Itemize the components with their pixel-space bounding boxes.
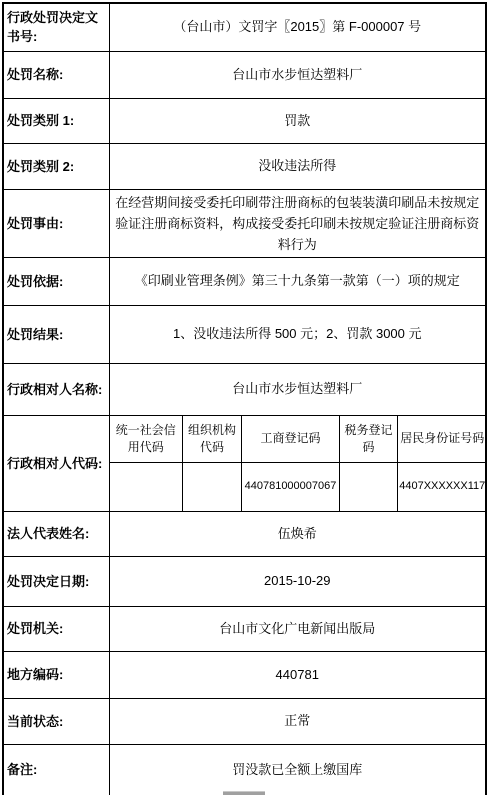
field-value-penalty-result: 1、没收违法所得 500 元；2、罚款 3000 元 — [109, 305, 486, 363]
code-header-id-number: 居民身份证号码 — [398, 416, 487, 463]
table-row: 当前状态: 正常 — [3, 698, 486, 744]
party-code-table: 统一社会信用代码 组织机构代码 工商登记码 税务登记码 居民身份证号码 4407… — [110, 416, 487, 511]
field-value-remarks: 罚没款已全额上缴国库 — [109, 744, 486, 795]
field-label-penalty-type-1: 处罚类别 1: — [3, 98, 109, 143]
field-label-penalty-reason: 处罚事由: — [3, 189, 109, 257]
table-row-party-codes: 行政相对人代码: 统一社会信用代码 组 — [3, 415, 486, 511]
field-label-penalty-authority: 处罚机关: — [3, 606, 109, 651]
field-value-penalty-type-2: 没收违法所得 — [109, 143, 486, 189]
table-row: 处罚类别 1: 罚款 — [3, 98, 486, 143]
code-value-credit-code — [110, 463, 183, 511]
field-value-penalty-name: 台山市水步恒达塑料厂 — [109, 51, 486, 98]
field-label-remarks: 备注: — [3, 744, 109, 795]
penalty-record-table: 行政处罚决定文书号: （台山市）文罚字〖2015〗第 F-000007 号 处罚… — [2, 2, 487, 795]
table-row: 处罚机关: 台山市文化广电新闻出版局 — [3, 606, 486, 651]
table-row: 处罚决定日期: 2015-10-29 — [3, 556, 486, 606]
field-value-penalty-basis: 《印刷业管理条例》第三十九条第一款第（一）项的规定 — [109, 257, 486, 305]
field-value-legal-rep: 伍焕希 — [109, 511, 486, 556]
field-label-document-number: 行政处罚决定文书号: — [3, 3, 109, 51]
field-value-penalty-type-1: 罚款 — [109, 98, 486, 143]
code-value-id-number: 4407XXXXXX117 — [398, 463, 487, 511]
field-value-region-code: 440781 — [109, 651, 486, 698]
field-label-region-code: 地方编码: — [3, 651, 109, 698]
field-value-penalty-reason: 在经营期间接受委托印刷带注册商标的包装装潢印刷品未按规定验证注册商标资料，构成接… — [109, 189, 486, 257]
field-label-party-name: 行政相对人名称: — [3, 363, 109, 415]
field-label-party-code: 行政相对人代码: — [3, 415, 109, 511]
code-header-credit-code: 统一社会信用代码 — [110, 416, 183, 463]
party-code-cell: 统一社会信用代码 组织机构代码 工商登记码 税务登记码 居民身份证号码 4407… — [109, 415, 486, 511]
field-value-decision-date: 2015-10-29 — [109, 556, 486, 606]
field-label-current-status: 当前状态: — [3, 698, 109, 744]
table-row: 处罚结果: 1、没收违法所得 500 元；2、罚款 3000 元 — [3, 305, 486, 363]
code-value-business-reg: 440781000007067 — [242, 463, 340, 511]
table-row: 处罚依据: 《印刷业管理条例》第三十九条第一款第（一）项的规定 — [3, 257, 486, 305]
code-value-row: 440781000007067 4407XXXXXX117 — [110, 463, 487, 511]
field-value-penalty-authority: 台山市文化广电新闻出版局 — [109, 606, 486, 651]
code-value-tax-reg — [340, 463, 398, 511]
code-value-org-code — [183, 463, 242, 511]
field-value-document-number: （台山市）文罚字〖2015〗第 F-000007 号 — [109, 3, 486, 51]
field-label-penalty-basis: 处罚依据: — [3, 257, 109, 305]
code-header-business-reg: 工商登记码 — [242, 416, 340, 463]
horizontal-scrollbar-thumb[interactable] — [223, 791, 265, 795]
table-row: 法人代表姓名: 伍焕希 — [3, 511, 486, 556]
table-row: 处罚名称: 台山市水步恒达塑料厂 — [3, 51, 486, 98]
code-header-tax-reg: 税务登记码 — [340, 416, 398, 463]
field-value-current-status: 正常 — [109, 698, 486, 744]
table-row: 处罚事由: 在经营期间接受委托印刷带注册商标的包装装潢印刷品未按规定验证注册商标… — [3, 189, 486, 257]
field-label-penalty-name: 处罚名称: — [3, 51, 109, 98]
table-row: 地方编码: 440781 — [3, 651, 486, 698]
table-row: 行政相对人名称: 台山市水步恒达塑料厂 — [3, 363, 486, 415]
field-label-decision-date: 处罚决定日期: — [3, 556, 109, 606]
table-row: 备注: 罚没款已全额上缴国库 — [3, 744, 486, 795]
field-label-legal-rep: 法人代表姓名: — [3, 511, 109, 556]
table-row: 处罚类别 2: 没收违法所得 — [3, 143, 486, 189]
field-label-penalty-result: 处罚结果: — [3, 305, 109, 363]
code-header-row: 统一社会信用代码 组织机构代码 工商登记码 税务登记码 居民身份证号码 — [110, 416, 487, 463]
code-header-org-code: 组织机构代码 — [183, 416, 242, 463]
field-value-party-name: 台山市水步恒达塑料厂 — [109, 363, 486, 415]
field-label-penalty-type-2: 处罚类别 2: — [3, 143, 109, 189]
table-row: 行政处罚决定文书号: （台山市）文罚字〖2015〗第 F-000007 号 — [3, 3, 486, 51]
page: 行政处罚决定文书号: （台山市）文罚字〖2015〗第 F-000007 号 处罚… — [0, 0, 487, 795]
